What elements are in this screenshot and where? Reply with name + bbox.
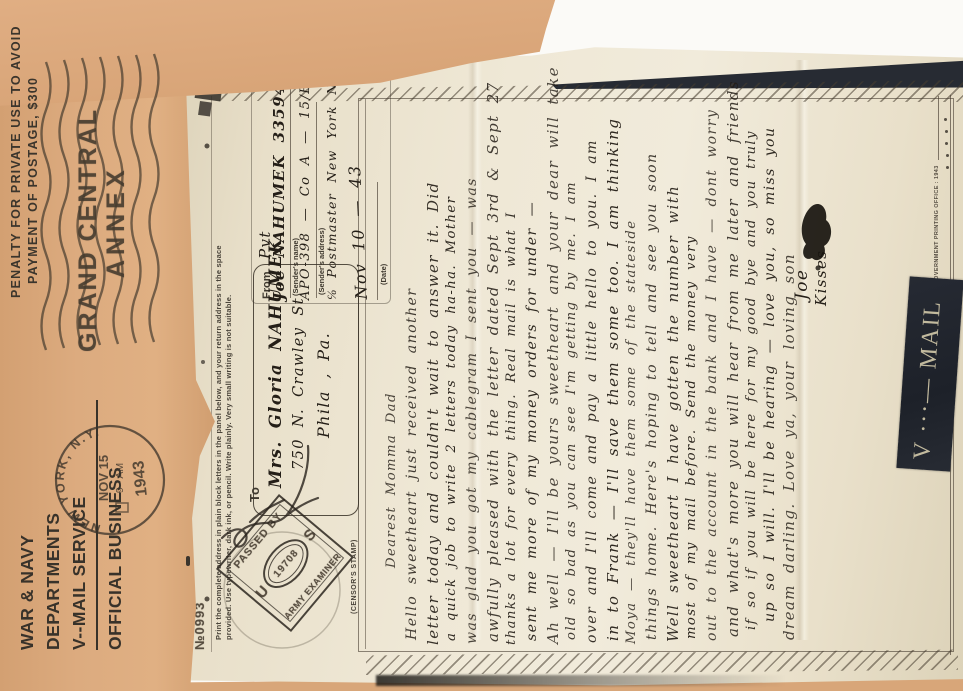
corner-card: WAR & NAVY DEPARTMENTS V--MAIL SERVICE O… <box>14 406 127 650</box>
corner-card-line1: WAR & NAVY <box>14 406 40 650</box>
cancellation-slogan-line2: ANNEX <box>102 165 131 278</box>
cancellation-slogan-line1: GRAND CENTRAL <box>74 108 103 352</box>
postmark-year: 1943 <box>130 460 151 497</box>
scanned-vmail-photo: ☆ U.S. GOVERNMENT PRINTING OFFICE : 1943… <box>0 0 963 691</box>
corner-card-line2: DEPARTMENTS <box>40 406 66 650</box>
corner-card-line4: OFFICIAL BUSINESS <box>103 406 127 650</box>
corner-card-line3: V--MAIL SERVICE <box>66 406 92 650</box>
machine-cancellation: NEW YORK, N.Y. NOV 15 9 - AM 1943 <box>0 0 963 691</box>
corner-card-rule <box>96 400 98 650</box>
